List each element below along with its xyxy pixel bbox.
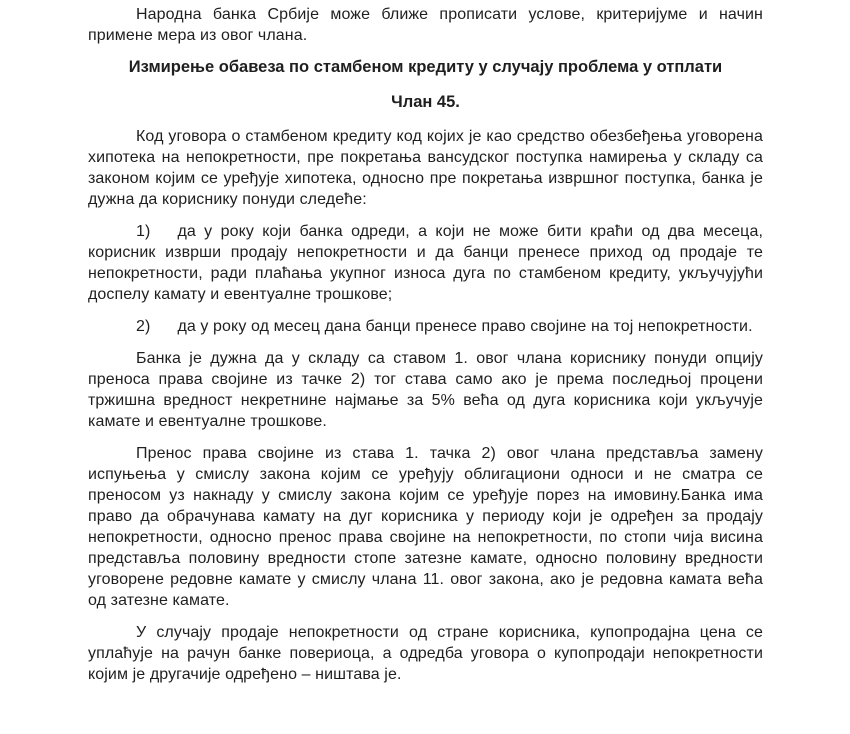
article-number-heading: Члан 45. xyxy=(88,92,763,113)
numbered-item-2: 2)да у року од месец дана банци пренесе … xyxy=(88,316,763,337)
item-1-text: да у року који банка одреди, а који не м… xyxy=(88,223,763,303)
paragraph-sale-proceeds: У случају продаје непокретности од стран… xyxy=(88,622,763,685)
item-2-text: да у року од месец дана банци пренесе пр… xyxy=(177,318,752,335)
item-1-label: 1) xyxy=(136,223,177,240)
item-2-label: 2) xyxy=(136,318,177,335)
paragraph-intro: Код уговора о стамбеном кредиту код који… xyxy=(88,126,763,210)
numbered-item-1: 1)да у року који банка одреди, а који не… xyxy=(88,221,763,305)
paragraph-continuation: Народна банка Србије може ближе прописат… xyxy=(88,4,763,46)
paragraph-transfer-option: Банка је дужна да у складу са ставом 1. … xyxy=(88,348,763,432)
paragraph-ownership-transfer: Пренос права својине из става 1. тачка 2… xyxy=(88,443,763,611)
scanned-document-page: Народна банка Србије може ближе прописат… xyxy=(0,0,850,734)
section-heading: Измирење обавеза по стамбеном кредиту у … xyxy=(88,57,763,78)
